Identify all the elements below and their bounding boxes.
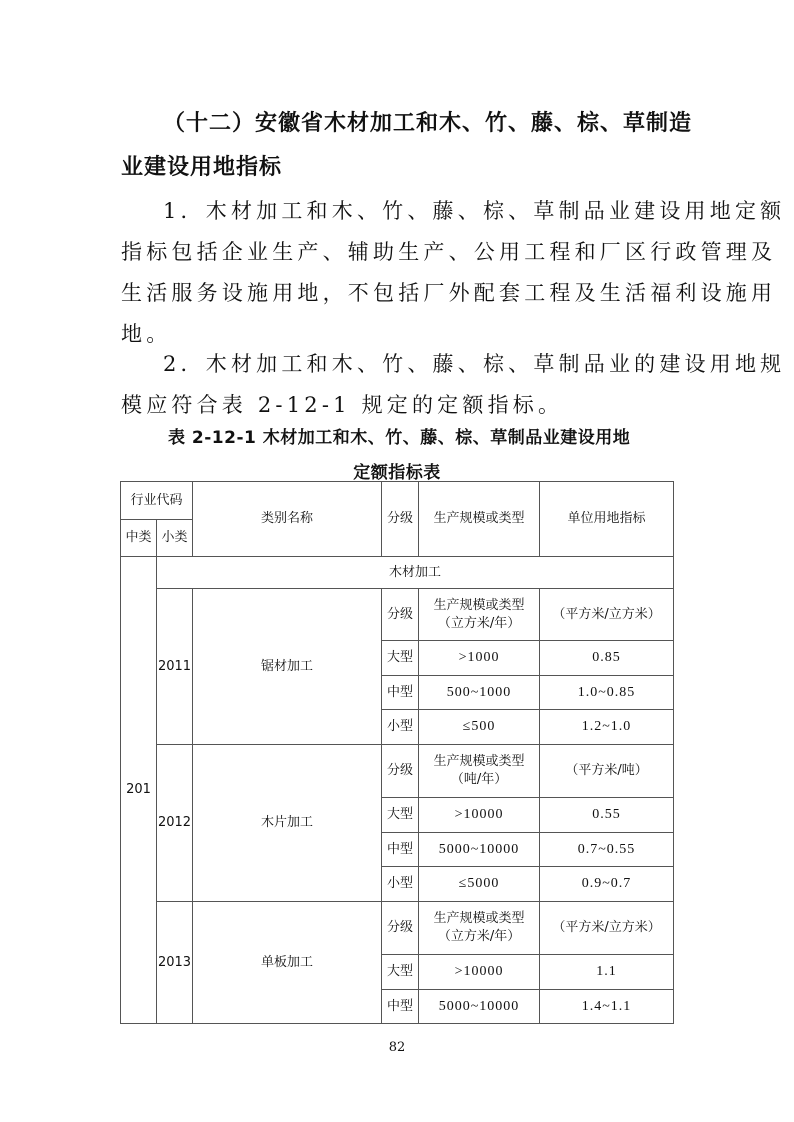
index-value: 0.85 <box>540 641 674 676</box>
scale-header: 生产规模或类型（立方米/年） <box>419 902 540 955</box>
grade: 中型 <box>382 990 419 1024</box>
scale-value: ≤5000 <box>419 867 540 902</box>
header-sub-class: 小类 <box>157 520 193 557</box>
scale-unit: （立方米/年） <box>419 615 539 633</box>
scale-header-title: 生产规模或类型 <box>419 597 539 615</box>
index-unit: （平方米/立方米） <box>540 902 674 955</box>
grade-label: 分级 <box>382 745 419 798</box>
index-value: 1.0~0.85 <box>540 676 674 710</box>
index-unit: （平方米/吨） <box>540 745 674 798</box>
header-middle-class: 中类 <box>121 520 157 557</box>
category-name: 木片加工 <box>193 745 382 902</box>
table-row: 2011 锯材加工 分级 生产规模或类型（立方米/年） （平方米/立方米） <box>121 589 674 641</box>
scale-value: 5000~10000 <box>419 990 540 1024</box>
header-grade: 分级 <box>382 482 419 557</box>
index-value: 0.9~0.7 <box>540 867 674 902</box>
grade-label: 分级 <box>382 902 419 955</box>
grade: 大型 <box>382 798 419 833</box>
paragraph-1-line-3: 生活服务设施用地，不包括厂外配套工程及生活福利设施用 <box>121 277 776 307</box>
header-industry-code: 行业代码 <box>121 482 193 520</box>
paragraph-2-line-1: 2．木材加工和木、竹、藤、棕、草制品业的建设用地规 <box>163 348 785 378</box>
section-title-row: 木材加工 <box>157 557 674 589</box>
scale-header-title: 生产规模或类型 <box>419 910 539 928</box>
table-caption-line-1: 表 2-12-1 木材加工和木、竹、藤、棕、草制品业建设用地 <box>168 423 630 448</box>
scale-header: 生产规模或类型（立方米/年） <box>419 589 540 641</box>
scale-unit: （吨/年） <box>419 771 539 789</box>
scale-header-title: 生产规模或类型 <box>419 753 539 771</box>
category-name: 单板加工 <box>193 902 382 1024</box>
scale-value: 5000~10000 <box>419 833 540 867</box>
index-value: 1.1 <box>540 955 674 990</box>
grade: 中型 <box>382 676 419 710</box>
paragraph-1-line-1: 1．木材加工和木、竹、藤、棕、草制品业建设用地定额 <box>163 195 785 225</box>
scale-value: >1000 <box>419 641 540 676</box>
grade-label: 分级 <box>382 589 419 641</box>
paragraph-2-line-2: 模应符合表 2-12-1 规定的定额指标。 <box>121 389 563 419</box>
header-category-name: 类别名称 <box>193 482 382 557</box>
scale-value: >10000 <box>419 955 540 990</box>
scale-value: ≤500 <box>419 710 540 745</box>
sub-class-code: 2013 <box>157 902 193 1024</box>
category-name: 锯材加工 <box>193 589 382 745</box>
grade: 大型 <box>382 955 419 990</box>
table-caption-line-2: 定额指标表 <box>0 458 794 483</box>
header-scale: 生产规模或类型 <box>419 482 540 557</box>
grade: 中型 <box>382 833 419 867</box>
scale-value: >10000 <box>419 798 540 833</box>
grade: 小型 <box>382 867 419 902</box>
section-heading-line-2: 业建设用地指标 <box>121 150 282 181</box>
scale-value: 500~1000 <box>419 676 540 710</box>
grade: 大型 <box>382 641 419 676</box>
index-value: 0.55 <box>540 798 674 833</box>
land-quota-table: 行业代码 类别名称 分级 生产规模或类型 单位用地指标 中类 小类 201 木材… <box>120 481 674 1024</box>
scale-header: 生产规模或类型（吨/年） <box>419 745 540 798</box>
table-row: 2012 木片加工 分级 生产规模或类型（吨/年） （平方米/吨） <box>121 745 674 798</box>
middle-class-code: 201 <box>121 557 157 1024</box>
page-number: 82 <box>0 1040 794 1055</box>
section-heading-line-1: （十二）安徽省木材加工和木、竹、藤、棕、草制造 <box>163 106 692 137</box>
index-unit: （平方米/立方米） <box>540 589 674 641</box>
index-value: 0.7~0.55 <box>540 833 674 867</box>
scale-unit: （立方米/年） <box>419 928 539 946</box>
sub-class-code: 2012 <box>157 745 193 902</box>
paragraph-1-line-4: 地。 <box>121 318 171 348</box>
paragraph-1-line-2: 指标包括企业生产、辅助生产、公用工程和厂区行政管理及 <box>121 236 776 266</box>
sub-class-code: 2011 <box>157 589 193 745</box>
table-row: 2013 单板加工 分级 生产规模或类型（立方米/年） （平方米/立方米） <box>121 902 674 955</box>
index-value: 1.4~1.1 <box>540 990 674 1024</box>
grade: 小型 <box>382 710 419 745</box>
header-unit-index: 单位用地指标 <box>540 482 674 557</box>
index-value: 1.2~1.0 <box>540 710 674 745</box>
